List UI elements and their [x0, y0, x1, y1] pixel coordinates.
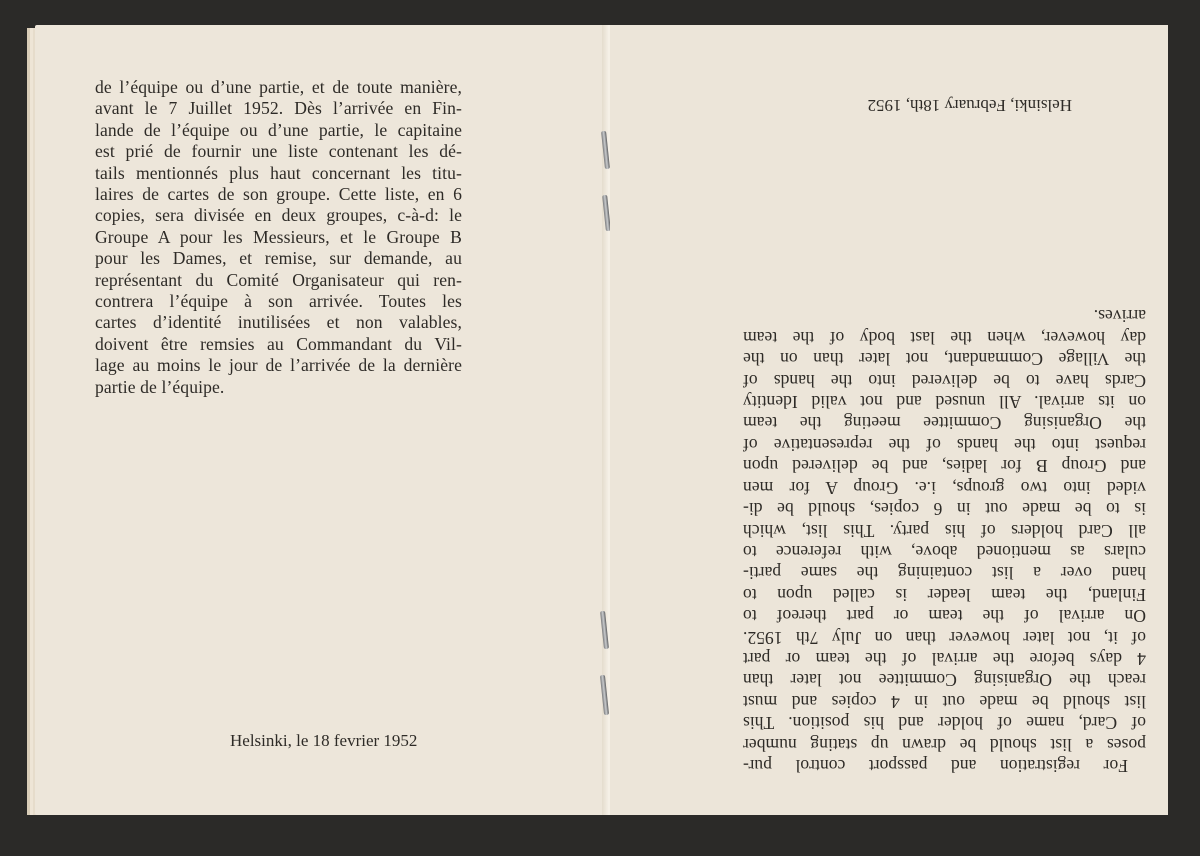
text-line: the Organising Committee meeting the tea…: [743, 412, 1146, 433]
text-line: Cards have to be delivered into the hand…: [743, 369, 1146, 390]
text-line: request into the hands of the representa…: [743, 434, 1146, 455]
text-line: and Group B for ladies, and be delivered…: [743, 455, 1146, 476]
text-line: vided into two groups, i.e. Group A for …: [743, 476, 1146, 497]
text-line: Finland, the team leader is called upon …: [743, 583, 1146, 604]
text-line: all Card holders of his party. This list…: [743, 519, 1146, 540]
text-line: culars as mentioned above, with referenc…: [743, 541, 1146, 562]
text-line: lande de l’équipe ou d’une partie, le ca…: [95, 120, 462, 141]
text-line: the Village Commandant, not later than o…: [743, 348, 1146, 369]
text-line: tails mentionnés plus haut concernant le…: [95, 163, 462, 184]
text-line: contrera l’équipe à son arrivée. Toutes …: [95, 291, 462, 312]
text-line: Groupe A pour les Messieurs, et le Group…: [95, 227, 462, 248]
text-line: copies, sera divisée en deux groupes, c-…: [95, 205, 462, 226]
right-page: For registration and passport control pu…: [610, 25, 1168, 815]
text-line: doivent être remsies au Commandant du Vi…: [95, 334, 462, 355]
text-line: arrives.: [743, 305, 1146, 326]
right-page-body: For registration and passport control pu…: [743, 305, 1146, 776]
left-page-body: de l’équipe ou d’une partie, et de toute…: [95, 77, 462, 398]
right-page-signature: Helsinki, February 18th, 1952: [868, 95, 1072, 115]
text-line: list should be made out in 4 copies and …: [743, 690, 1146, 711]
text-line: pour les Dames, et remise, sur demande, …: [95, 248, 462, 269]
text-line: is to be made out in 6 copies, should be…: [743, 498, 1146, 519]
text-line: partie de l’équipe.: [95, 377, 462, 398]
text-line: on its arrival. All unused and not valid…: [743, 391, 1146, 412]
text-line: of it, not later however than on July 7t…: [743, 626, 1146, 647]
right-page-rotated-content: For registration and passport control pu…: [610, 25, 1168, 815]
text-line: day however, when the last body of the t…: [743, 326, 1146, 347]
text-line: of Card, name of holder and his position…: [743, 712, 1146, 733]
text-line: lage au moins le jour de l’arrivée de la…: [95, 355, 462, 376]
text-line: laires de cartes de son groupe. Cette li…: [95, 184, 462, 205]
text-line: 4 days before the arrival of the team or…: [743, 648, 1146, 669]
text-line: On arrival of the team or part thereof t…: [743, 605, 1146, 626]
open-booklet: de l’équipe ou d’une partie, et de toute…: [27, 25, 1170, 825]
text-line: For registration and passport control pu…: [743, 755, 1146, 776]
text-line: hand over a list containing the same par…: [743, 562, 1146, 583]
text-line: est prié de fournir une liste contenant …: [95, 141, 462, 162]
text-line: avant le 7 Juillet 1952. Dès l’arrivée e…: [95, 98, 462, 119]
left-page: de l’équipe ou d’une partie, et de toute…: [35, 25, 610, 815]
text-line: de l’équipe ou d’une partie, et de toute…: [95, 77, 462, 98]
left-page-signature: Helsinki, le 18 fevrier 1952: [230, 731, 417, 751]
text-line: reach the Organising Committee not later…: [743, 669, 1146, 690]
text-line: cartes d’identité inutilisées et non val…: [95, 312, 462, 333]
text-line: représentant du Comité Organisateur qui …: [95, 270, 462, 291]
text-line: poses a list should be drawn up stating …: [743, 733, 1146, 754]
